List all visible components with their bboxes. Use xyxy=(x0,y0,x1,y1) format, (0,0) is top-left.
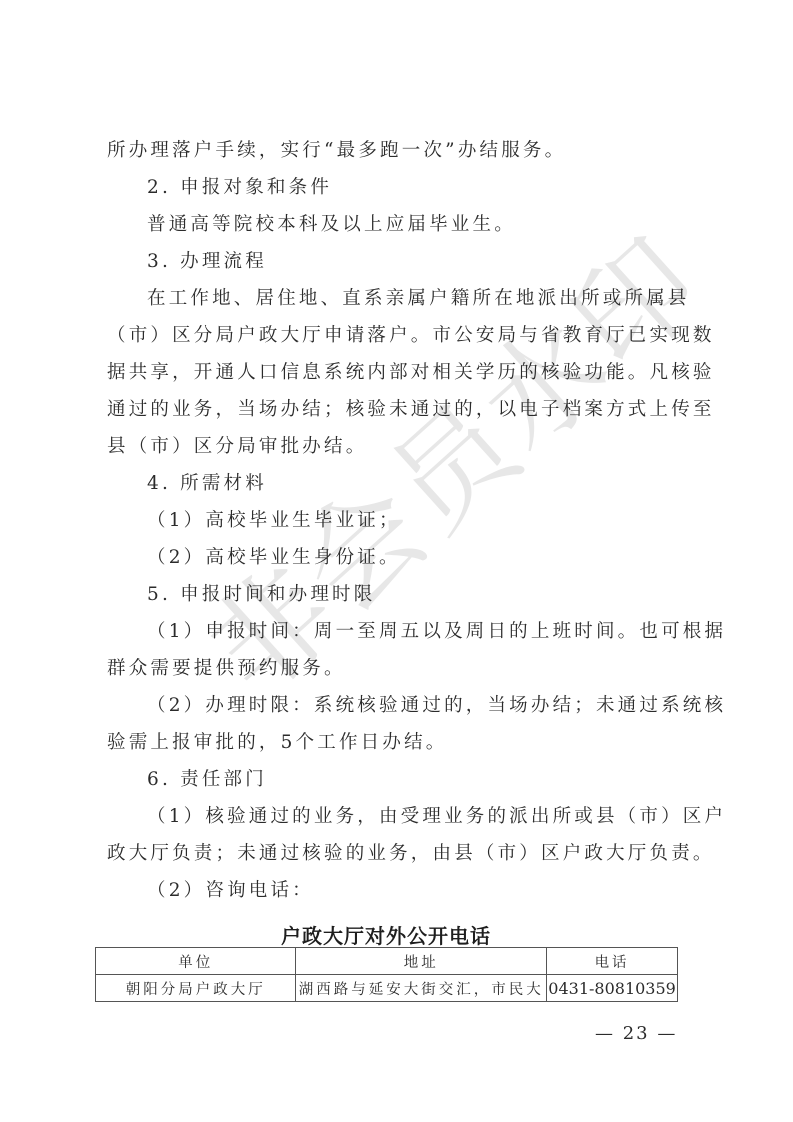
paragraph-line: 县（市）区分局审批办结。 xyxy=(107,435,697,459)
paragraph-line: 群众需要提供预约服务。 xyxy=(107,657,697,681)
list-item: （2）高校毕业生身份证。 xyxy=(147,546,737,570)
paragraph-line: 在工作地、居住地、直系亲属户籍所在地派出所或所属县 xyxy=(147,287,737,311)
paragraph-line: （1）核验通过的业务，由受理业务的派出所或县（市）区户 xyxy=(147,805,737,829)
cell-phone: 0431-80810359 xyxy=(547,975,678,1002)
paragraph-line: （2）办理时限：系统核验通过的，当场办结；未通过系统核 xyxy=(147,694,737,718)
section-heading-4: 4. 所需材料 xyxy=(147,472,737,496)
table-header-row: 单位 地址 电话 xyxy=(96,948,678,975)
table-title: 户政大厅对外公开电话 xyxy=(95,920,677,949)
paragraph-line: 据共享，开通人口信息系统内部对相关学历的核验功能。凡核验 xyxy=(107,361,697,385)
column-header-phone: 电话 xyxy=(547,948,678,975)
paragraph-line: （2）咨询电话： xyxy=(147,879,737,903)
section-heading-6: 6. 责任部门 xyxy=(147,768,737,792)
table-row: 朝阳分局户政大厅 湖西路与延安大街交汇，市民大 0431-80810359 xyxy=(96,975,678,1002)
body-text: 所办理落户手续，实行“最多跑一次”办结服务。 2. 申报对象和条件 普通高等院校… xyxy=(0,0,793,1122)
paragraph-line: 政大厅负责；未通过核验的业务，由县（市）区户政大厅负责。 xyxy=(107,842,697,866)
column-header-address: 地址 xyxy=(296,948,547,975)
paragraph-line: （1）申报时间：周一至周五以及周日的上班时间。也可根据 xyxy=(147,620,737,644)
section-heading-5: 5. 申报时间和办理时限 xyxy=(147,583,737,607)
cell-address: 湖西路与延安大街交汇，市民大 xyxy=(296,975,547,1002)
contacts-table: 单位 地址 电话 朝阳分局户政大厅 湖西路与延安大街交汇，市民大 0431-80… xyxy=(95,947,678,1002)
cell-unit: 朝阳分局户政大厅 xyxy=(96,975,296,1002)
paragraph-line: 普通高等院校本科及以上应届毕业生。 xyxy=(147,213,737,237)
section-heading-2: 2. 申报对象和条件 xyxy=(147,176,737,200)
document-page: 非会员水印 所办理落户手续，实行“最多跑一次”办结服务。 2. 申报对象和条件 … xyxy=(0,0,793,1122)
paragraph-line: 验需上报审批的，5个工作日办结。 xyxy=(107,731,697,755)
paragraph-line: 通过的业务，当场办结；核验未通过的，以电子档案方式上传至 xyxy=(107,398,697,422)
paragraph-line: （市）区分局户政大厅申请落户。市公安局与省教育厅已实现数 xyxy=(107,324,697,348)
section-heading-3: 3. 办理流程 xyxy=(147,250,737,274)
page-number: — 23 — xyxy=(595,1023,677,1044)
paragraph-line: 所办理落户手续，实行“最多跑一次”办结服务。 xyxy=(107,139,697,163)
list-item: （1）高校毕业生毕业证； xyxy=(147,509,737,533)
column-header-unit: 单位 xyxy=(96,948,296,975)
